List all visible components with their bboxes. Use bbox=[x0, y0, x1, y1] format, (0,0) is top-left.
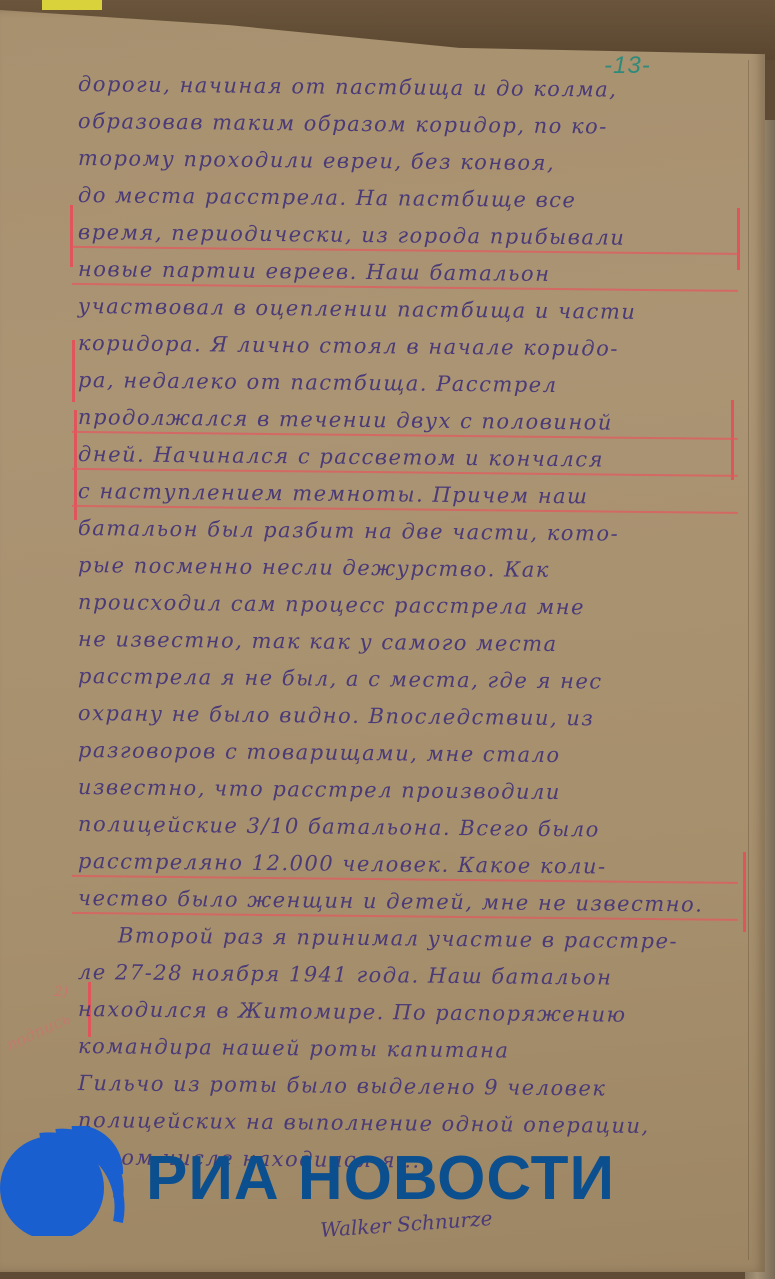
page-fold-line bbox=[748, 60, 749, 1260]
yellow-sticky-note bbox=[42, 0, 102, 10]
margin-number: 2) bbox=[54, 984, 68, 1000]
red-margin-bar bbox=[74, 410, 77, 520]
ria-novosti-wordmark: РИА НОВОСТИ bbox=[146, 1148, 615, 1210]
handwritten-text: дороги, начиная от пастбища и до колма, … bbox=[78, 66, 738, 1176]
ria-globe-logo-icon bbox=[0, 1126, 125, 1236]
red-margin-bar bbox=[72, 340, 75, 402]
ria-novosti-watermark: РИА НОВОСТИ bbox=[0, 1126, 775, 1236]
red-margin-bar bbox=[743, 852, 746, 932]
red-margin-bar bbox=[70, 205, 73, 267]
